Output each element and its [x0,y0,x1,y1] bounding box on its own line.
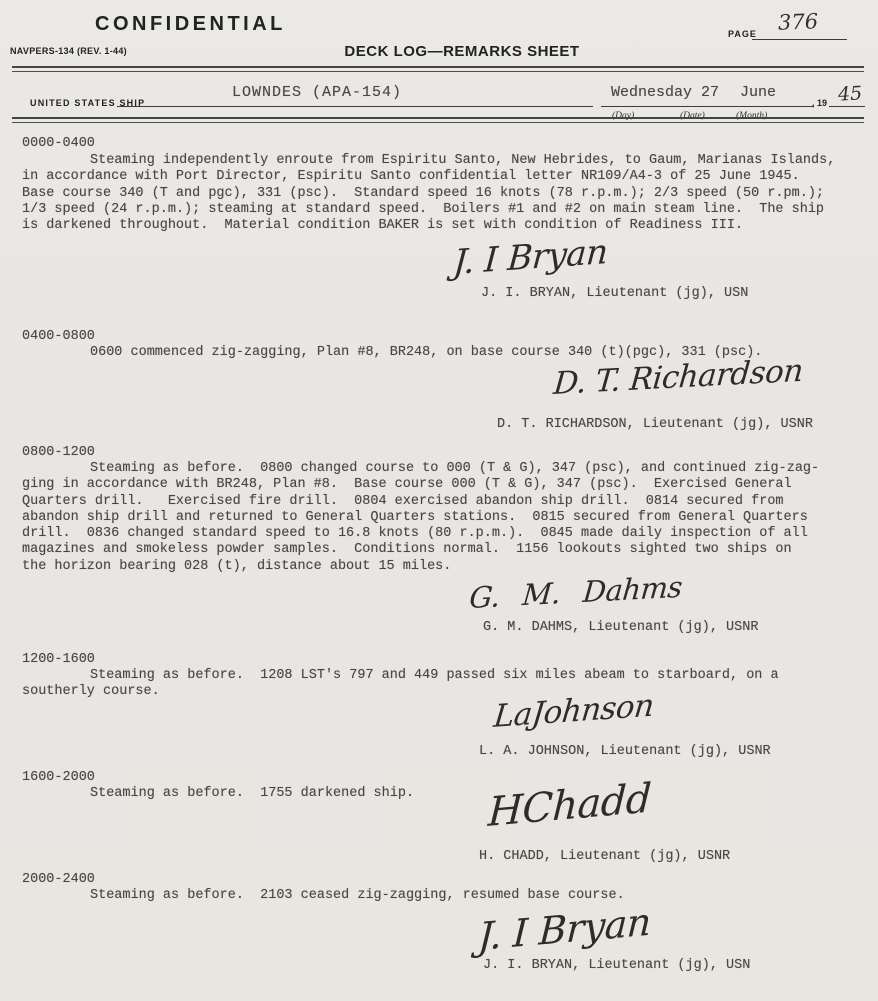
log-text-line: 1/3 speed (24 r.p.m.); steaming at stand… [22,202,862,218]
entry-text: Steaming as before. 1208 LST's 797 and 4… [22,668,862,701]
entry-text: Steaming as before. 2103 ceased zig-zagg… [22,888,862,904]
log-text-line: southerly course. [22,684,862,700]
log-text-line: Steaming as before. 0800 changed course … [22,461,862,477]
signature-typed: J. I. BRYAN, Lieutenant (jg), USN [481,286,748,301]
signature-script: HChadd [487,775,652,836]
log-text-line: abandon ship drill and returned to Gener… [22,510,862,526]
log-text-line: in accordance with Port Director, Espiri… [22,169,862,185]
entry-text: Steaming independently enroute from Espi… [22,153,862,234]
log-text-line: drill. 0836 changed standard speed to 16… [22,526,862,542]
log-text-line: Steaming independently enroute from Espi… [22,153,862,169]
page-label: PAGE [728,29,757,39]
signature-typed: J. I. BRYAN, Lieutenant (jg), USN [483,958,750,973]
log-text-line: ging in accordance with BR248, Plan #8. … [22,477,862,493]
entry-time-range: 0800-1200 [22,445,95,460]
entry-time-range: 2000-2400 [22,872,95,887]
entry-text: Steaming as before. 0800 changed course … [22,461,862,575]
date-day: Wednesday [611,84,692,101]
header-rule-bottom [12,117,864,123]
year-line [829,106,865,107]
signature-typed: L. A. JOHNSON, Lieutenant (jg), USNR [479,744,771,759]
log-text-line: Base course 340 (T and pgc), 331 (psc). … [22,186,862,202]
log-text-line: magazines and smokeless powder samples. … [22,542,862,558]
entry-time-range: 0400-0800 [22,329,95,344]
deck-log-remarks-sheet: CONFIDENTIAL PAGE 376 NAVPERS-134 (REV. … [0,0,878,1001]
page-number: 376 [778,9,819,34]
page-title: DECK LOG—REMARKS SHEET [46,43,878,60]
classification-stamp: CONFIDENTIAL [95,13,286,36]
year-prefix: , 19 [812,98,827,108]
signature-script: J. I Bryan [452,232,609,283]
header-rule-top [12,66,864,72]
signature-typed: D. T. RICHARDSON, Lieutenant (jg), USNR [497,417,813,432]
date-month: June [740,84,776,101]
log-text-line: Steaming as before. 1208 LST's 797 and 4… [22,668,862,684]
entry-time-range: 1600-2000 [22,770,95,785]
signature-script: J. I Bryan [477,900,652,959]
year-value: 45 [837,82,862,105]
entry-text: Steaming as before. 1755 darkened ship. [22,786,862,802]
log-text-line: Steaming as before. 2103 ceased zig-zagg… [22,888,862,904]
signature-script: G. M. Dahms [468,570,684,615]
log-text-line: is darkened throughout. Material conditi… [22,218,862,234]
log-text-line: Quarters drill. Exercised fire drill. 08… [22,494,862,510]
date-line [601,106,814,107]
ship-name-line [117,106,593,107]
page-number-line [752,39,847,40]
entry-time-range: 0000-0400 [22,136,95,151]
entry-time-range: 1200-1600 [22,652,95,667]
date-number: 27 [701,84,719,101]
signature-typed: G. M. DAHMS, Lieutenant (jg), USNR [483,620,758,635]
log-text-line: the horizon bearing 028 (t), distance ab… [22,559,862,575]
ship-name: LOWNDES (APA-154) [232,84,402,101]
signature-typed: H. CHADD, Lieutenant (jg), USNR [479,849,730,864]
log-text-line: Steaming as before. 1755 darkened ship. [22,786,862,802]
